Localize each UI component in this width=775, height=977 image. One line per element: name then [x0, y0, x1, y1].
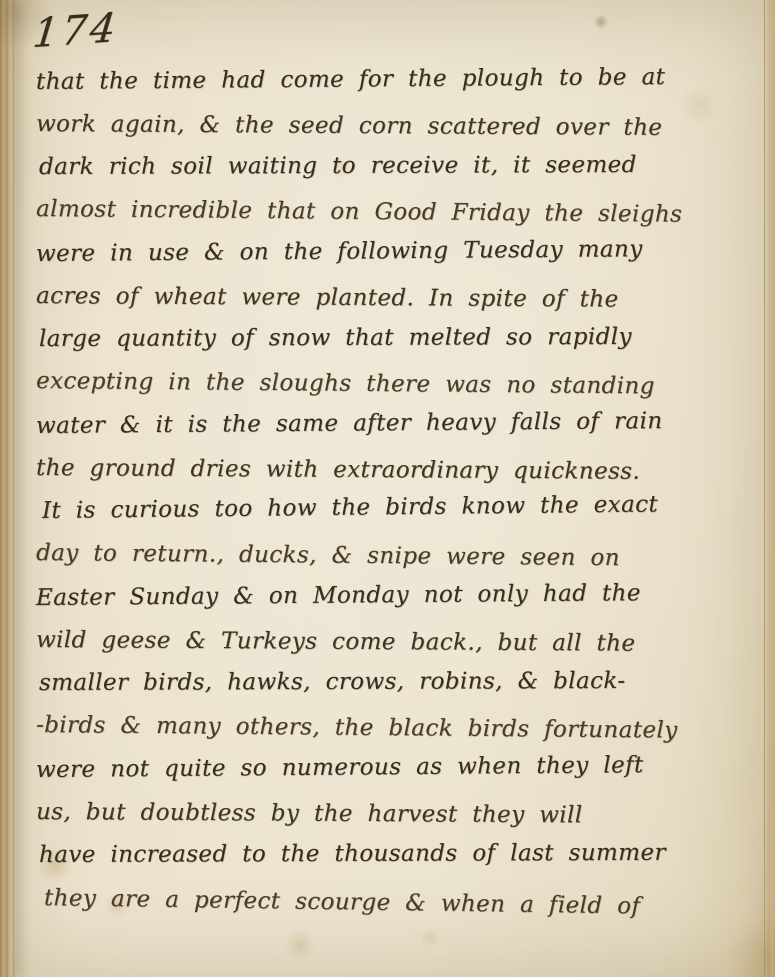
manuscript-page: 174 that the time had come for the ploug… — [0, 0, 775, 977]
page-number: 174 — [31, 5, 121, 57]
manuscript-line: were not quite so numerous as when they … — [36, 743, 761, 792]
manuscript-line: smaller birds, hawks, crows, robins, & b… — [39, 659, 764, 705]
manuscript-line: dark rich soil waiting to receive it, it… — [39, 143, 764, 189]
manuscript-line: It is curious too how the birds know the… — [42, 482, 767, 533]
manuscript-line: that the time had come for the plough to… — [36, 55, 761, 104]
manuscript-line: large quantity of snow that melted so ra… — [39, 315, 764, 361]
binding-edge — [0, 0, 16, 977]
handwritten-text: that the time had come for the plough to… — [36, 60, 761, 920]
manuscript-line: Easter Sunday & on Monday not only had t… — [36, 571, 761, 620]
manuscript-line: were in use & on the following Tuesday m… — [36, 227, 761, 276]
manuscript-line: have increased to the thousands of last … — [39, 831, 764, 877]
manuscript-line: they are a perfect scourge & when a fiel… — [44, 877, 770, 930]
manuscript-line: water & it is the same after heavy falls… — [36, 399, 761, 448]
